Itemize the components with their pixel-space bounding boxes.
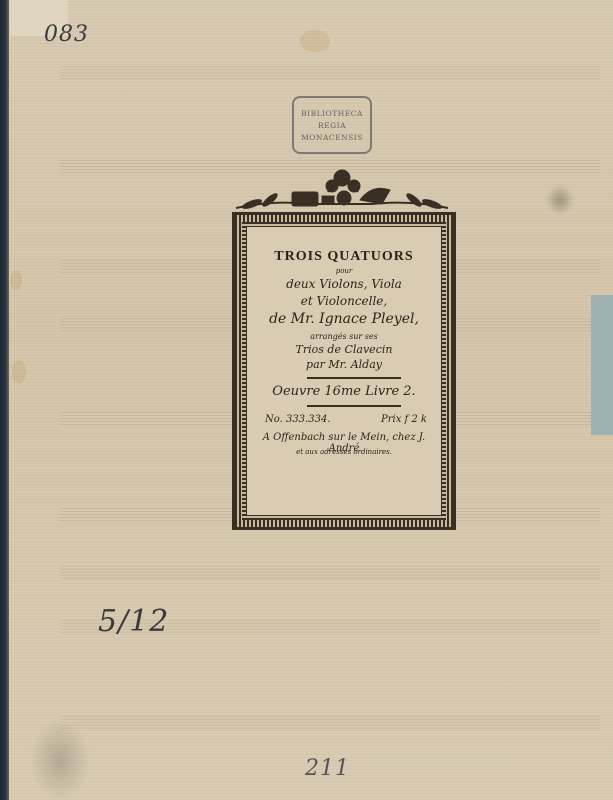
faint-staff	[60, 566, 600, 580]
price-text: Prix f 2 k	[381, 414, 427, 425]
stamp-line-1: BIBLIOTHECA	[294, 109, 370, 118]
stamp-line-2: REGIA	[294, 121, 370, 130]
page-number-annotation: 211	[305, 756, 350, 781]
stain	[10, 270, 22, 290]
title-panel: TROIS QUATUORS pour deux Violons, Viola …	[246, 226, 442, 516]
pour-text: pour	[247, 267, 441, 275]
opus-text: Oeuvre 16me Livre 2.	[247, 384, 441, 399]
instrumentation-line-1: deux Violons, Viola	[247, 277, 441, 291]
instrumentation-line-2: et Violoncelle,	[247, 294, 441, 308]
faint-staff	[60, 716, 600, 730]
blue-paper-tab	[591, 295, 613, 435]
composer-line: de Mr. Ignace Pleyel,	[247, 311, 441, 327]
divider	[307, 377, 401, 379]
stamp-line-3: MONACENSIS	[294, 133, 370, 142]
arranger-text: par Mr. Alday	[247, 358, 441, 371]
binding-spine	[0, 0, 9, 800]
stain	[12, 360, 26, 384]
arranged-text: arrangés sur ses	[247, 332, 441, 341]
source-work-text: Trios de Clavecin	[247, 343, 441, 356]
faint-staff	[60, 66, 600, 80]
divider	[307, 405, 401, 407]
plate-number: No. 333.334.	[265, 414, 330, 425]
stain	[300, 30, 330, 52]
document-page: 083 5/12 211 BIBLIOTHECA REGIA MONACENSI…	[0, 0, 613, 800]
fraction-annotation: 5/12	[98, 604, 169, 639]
decorative-frame: TROIS QUATUORS pour deux Violons, Viola …	[232, 212, 456, 530]
work-title: TROIS QUATUORS	[247, 249, 441, 265]
shelfmark-annotation: 083	[44, 22, 89, 47]
library-stamp: BIBLIOTHECA REGIA MONACENSIS	[292, 96, 372, 154]
addresses-text: et aux adresses ordinaires.	[247, 448, 441, 456]
